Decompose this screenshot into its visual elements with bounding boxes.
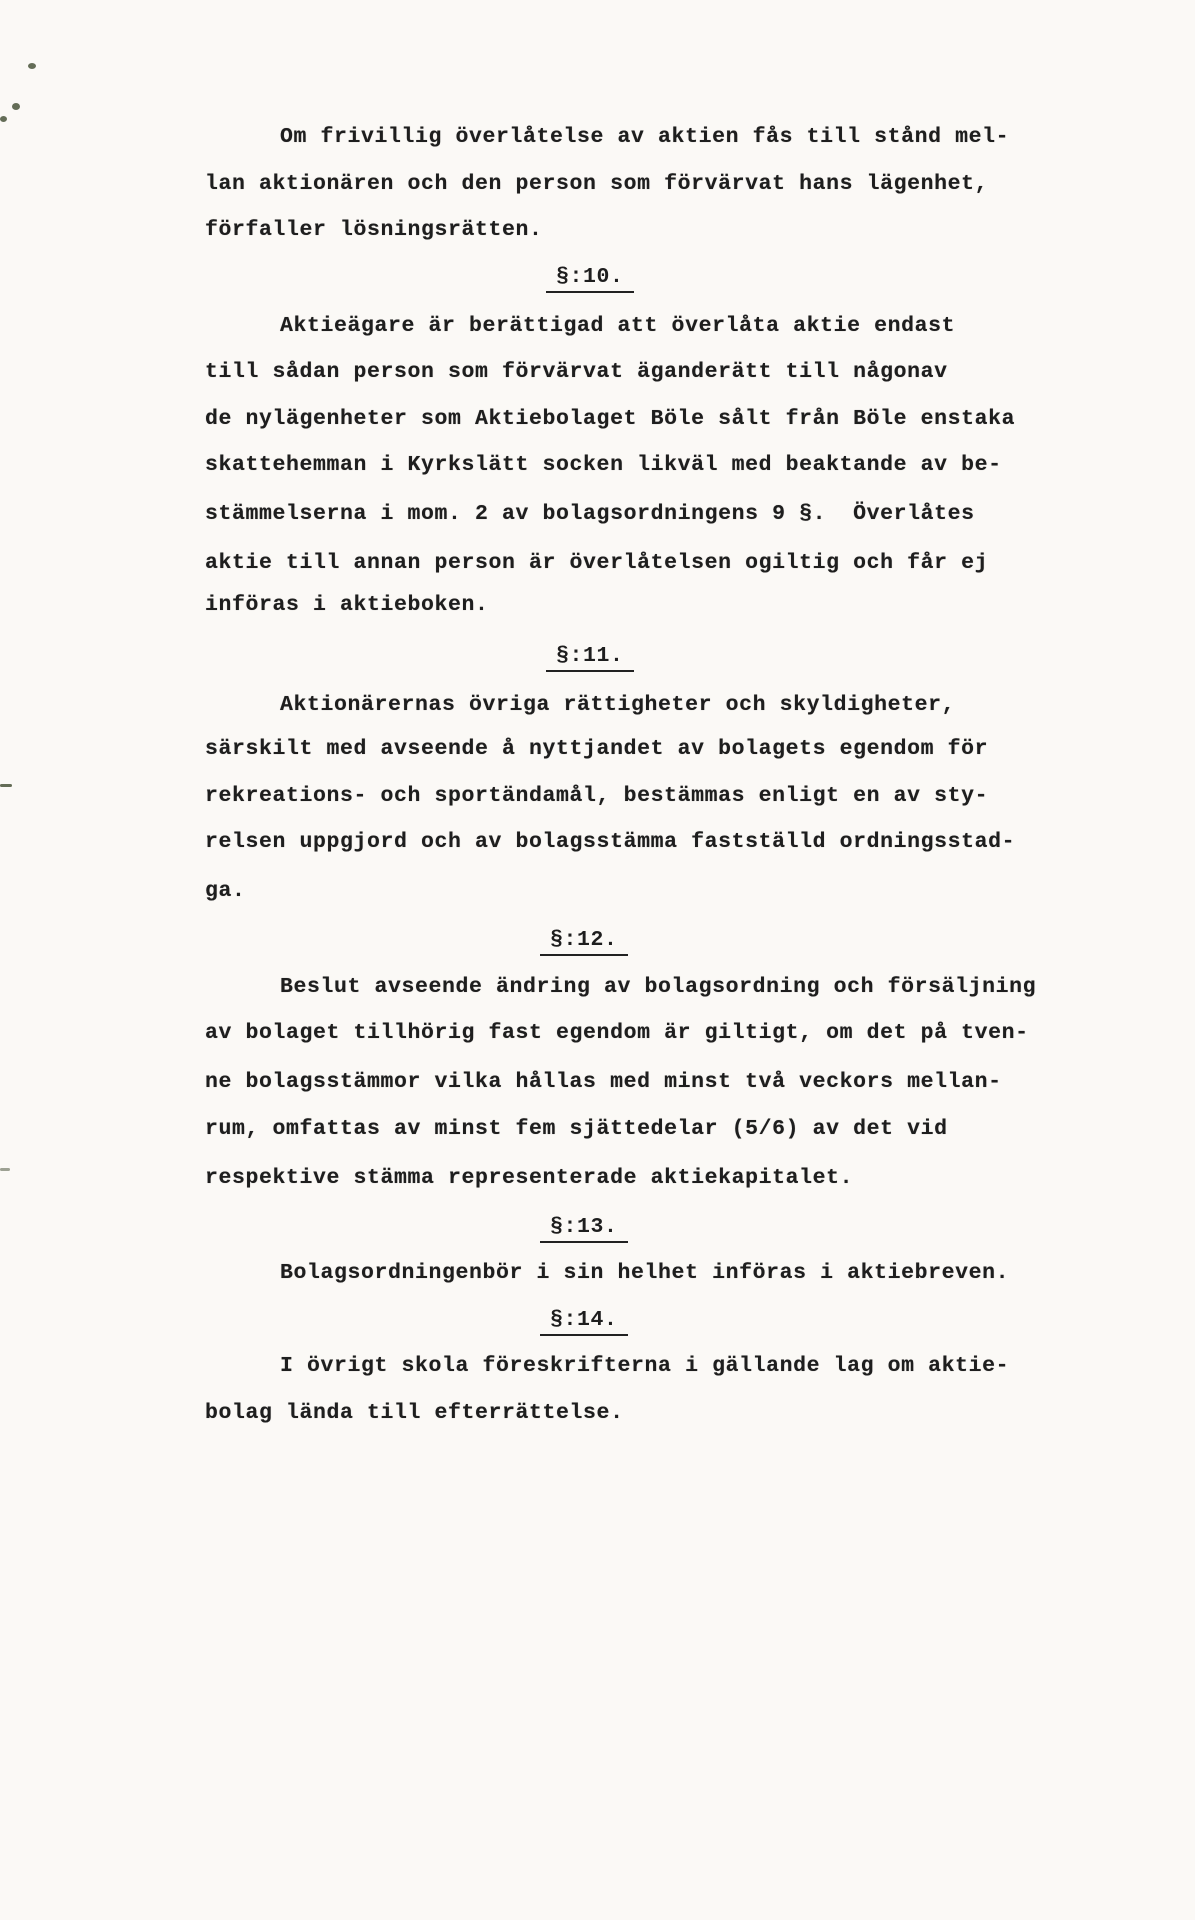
paragraph-line: införas i aktieboken. — [205, 592, 489, 618]
paragraph-line: aktie till annan person är överlåtelsen … — [205, 550, 988, 576]
paragraph-line: Om frivillig överlåtelse av aktien fås t… — [280, 124, 1009, 150]
paragraph-line: bolag lända till efterrättelse. — [205, 1400, 624, 1426]
paragraph-line: ga. — [205, 878, 246, 904]
section-heading-11: §:11. — [546, 643, 634, 672]
paragraph-line: Bolagsordningenbör i sin helhet införas … — [280, 1260, 1009, 1286]
paragraph-line: Aktionärernas övriga rättigheter och sky… — [280, 692, 955, 718]
paragraph-line: ne bolagsstämmor vilka hållas med minst … — [205, 1069, 1002, 1095]
paragraph-line: de nylägenheter som Aktiebolaget Böle så… — [205, 406, 1015, 432]
margin-speck — [0, 784, 12, 787]
paragraph-line: skattehemman i Kyrkslätt socken likväl m… — [205, 452, 1002, 478]
section-heading-13: §:13. — [540, 1214, 628, 1243]
section-heading-12: §:12. — [540, 927, 628, 956]
margin-speck — [0, 116, 7, 122]
paragraph-line: relsen uppgjord och av bolagsstämma fast… — [205, 829, 1015, 855]
paragraph-line: rekreations- och sportändamål, bestämmas… — [205, 783, 988, 809]
paragraph-line: Aktieägare är berättigad att överlåta ak… — [280, 313, 955, 339]
section-heading-10: §:10. — [546, 264, 634, 293]
paragraph-line: särskilt med avseende å nyttjandet av bo… — [205, 736, 988, 762]
typewritten-page: Om frivillig överlåtelse av aktien fås t… — [0, 0, 1195, 1920]
margin-speck — [28, 63, 36, 69]
paragraph-line: stämmelserna i mom. 2 av bolagsordningen… — [205, 501, 975, 527]
paragraph-line: till sådan person som förvärvat äganderä… — [205, 359, 948, 385]
margin-speck — [12, 103, 20, 110]
paragraph-line: rum, omfattas av minst fem sjättedelar (… — [205, 1116, 948, 1142]
paragraph-line: Beslut avseende ändring av bolagsordning… — [280, 974, 1036, 1000]
margin-speck — [0, 1168, 10, 1171]
section-heading-14: §:14. — [540, 1307, 628, 1336]
paragraph-line: I övrigt skola föreskrifterna i gällande… — [280, 1353, 1009, 1379]
paragraph-line: lan aktionären och den person som förvär… — [205, 171, 988, 197]
paragraph-line: förfaller lösningsrätten. — [205, 217, 543, 243]
paragraph-line: av bolaget tillhörig fast egendom är gil… — [205, 1020, 1029, 1046]
paragraph-line: respektive stämma representerade aktieka… — [205, 1165, 853, 1191]
